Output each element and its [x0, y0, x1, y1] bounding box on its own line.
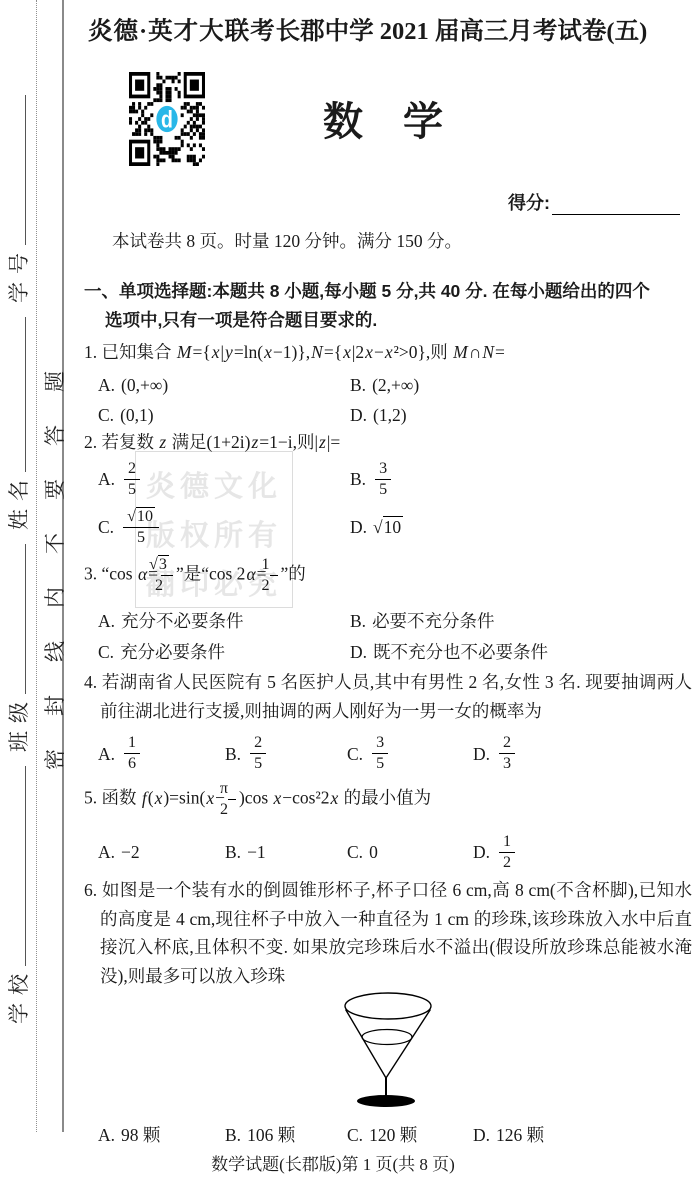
option: C.0 [347, 833, 473, 872]
option: D.126 颗 [473, 1121, 544, 1150]
subject-title: 数 学 [323, 90, 443, 147]
field-label-student-number: 学号 [7, 245, 31, 303]
student-info-fields: 学校班级姓名学号 [3, 0, 29, 1146]
question-options: A.98 颗 B.106 颗 C.120 颗 D.126 颗 [84, 1121, 700, 1150]
glass-rim-ellipse [345, 993, 431, 1019]
exam-paper-page: 学校班级姓名学号 密封线内不要答题 炎德·英才大联考长郡中学 2021 届高三月… [0, 0, 700, 1190]
question-6: 6. 如图是一个装有水的倒圆锥形杯子,杯子口径 6 cm,高 8 cm(不含杯脚… [84, 876, 692, 1176]
question-3: 3. “cos α=√32”是“cos 2α=12”的 A.充分不必要条件 B.… [84, 556, 692, 666]
question-5: 5. 函数 f(x)=sin(x−π2)cos x−cos²2x 的最小值为 A… [84, 780, 692, 872]
seal-line-text: 密封线内不要答题 [39, 0, 63, 1146]
option: C.(0,1) [98, 401, 350, 430]
page-footer: 数学试题(长郡版)第 1 页(共 8 页) [0, 1150, 666, 1175]
option: D.23 [473, 734, 518, 773]
score-underline [552, 196, 680, 215]
question-stem: 2. 若复数 z 满足(1+2i)z=1−i,则|z|= [84, 428, 692, 457]
section-heading-line2: 选项中,只有一项是符合题目要求的. [84, 306, 694, 335]
question-options: A.充分不必要条件 B.必要不充分条件 C.充分必要条件 D.既不充分也不必要条… [84, 607, 692, 666]
paper-title-rest: 长郡中学 2021 届高三月考试卷(五) [276, 18, 648, 45]
section-heading: 一、单项选择题:本题共 8 小题,每小题 5 分,共 40 分. 在每小题给出的… [84, 277, 694, 335]
option: D.√10 [350, 508, 403, 547]
option: A.25 [98, 460, 350, 499]
option: C.35 [347, 734, 473, 773]
score-field: 得分: [508, 189, 680, 215]
field-line-student-number [8, 95, 26, 245]
seal-dotted-line [36, 0, 37, 1132]
question-stem: 1. 已知集合 M={x|y=ln(x−1)},N={x|2x−x²>0},则 … [84, 338, 692, 367]
field-label-class: 班级 [7, 694, 31, 752]
glass-base [357, 1095, 415, 1107]
question-stem: 3. “cos α=√32”是“cos 2α=12”的 [84, 556, 692, 595]
question-stem: 6. 如图是一个装有水的倒圆锥形杯子,杯子口径 6 cm,高 8 cm(不含杯脚… [84, 876, 692, 991]
svg-text:d: d [161, 106, 173, 133]
field-line-class [8, 544, 26, 694]
paper-title: 炎德·英才大联考长郡中学 2021 届高三月考试卷(五) [88, 12, 698, 47]
option: B.106 颗 [225, 1121, 347, 1150]
option: A.98 颗 [98, 1121, 225, 1150]
option: A.(0,+∞) [98, 371, 350, 400]
option: A.16 [98, 734, 225, 773]
field-label-school: 学校 [7, 966, 31, 1024]
option: B.25 [225, 734, 347, 773]
option: B.35 [350, 460, 403, 499]
water-level-ellipse [362, 1030, 412, 1045]
field-label-name: 姓名 [7, 472, 31, 530]
question-options: A.25 B.35 C.√105 D.√10 [84, 460, 692, 547]
option: B.−1 [225, 833, 347, 872]
exam-info: 本试卷共 8 页。时量 120 分钟。满分 150 分。 [112, 228, 462, 253]
question-stem: 4. 若湖南省人民医院有 5 名医护人员,其中有男性 2 名,女性 3 名. 现… [84, 668, 692, 725]
field-line-school [8, 766, 26, 966]
paper-title-brand: 炎德·英才大联考 [88, 18, 276, 45]
option: C.√105 [98, 508, 350, 547]
option: D.(1,2) [350, 401, 419, 430]
question-2: 2. 若复数 z 满足(1+2i)z=1−i,则|z|= A.25 B.35 C… [84, 428, 692, 547]
question-4: 4. 若湖南省人民医院有 5 名医护人员,其中有男性 2 名,女性 3 名. 现… [84, 668, 692, 773]
option: C.充分必要条件 [98, 638, 350, 667]
question-options: A.16 B.25 C.35 D.23 [84, 734, 692, 773]
option: B.必要不充分条件 [350, 607, 548, 636]
option: B.(2,+∞) [350, 371, 419, 400]
question-stem: 5. 函数 f(x)=sin(x−π2)cos x−cos²2x 的最小值为 [84, 780, 692, 819]
option: C.120 颗 [347, 1121, 473, 1150]
option: A.充分不必要条件 [98, 607, 350, 636]
qr-code: d [129, 72, 205, 166]
option: A.−2 [98, 833, 225, 872]
question-options: A.−2 B.−1 C.0 D.12 [84, 833, 692, 872]
cone-glass-figure [328, 990, 448, 1112]
section-heading-line1: 一、单项选择题:本题共 8 小题,每小题 5 分,共 40 分. 在每小题给出的… [84, 277, 694, 306]
question-options: A.(0,+∞) B.(2,+∞) C.(0,1) D.(1,2) [84, 371, 692, 430]
question-1: 1. 已知集合 M={x|y=ln(x−1)},N={x|2x−x²>0},则 … [84, 338, 692, 430]
option: D.既不充分也不必要条件 [350, 638, 548, 667]
field-line-name [8, 317, 26, 472]
score-label: 得分: [508, 193, 550, 213]
option: D.12 [473, 833, 518, 872]
